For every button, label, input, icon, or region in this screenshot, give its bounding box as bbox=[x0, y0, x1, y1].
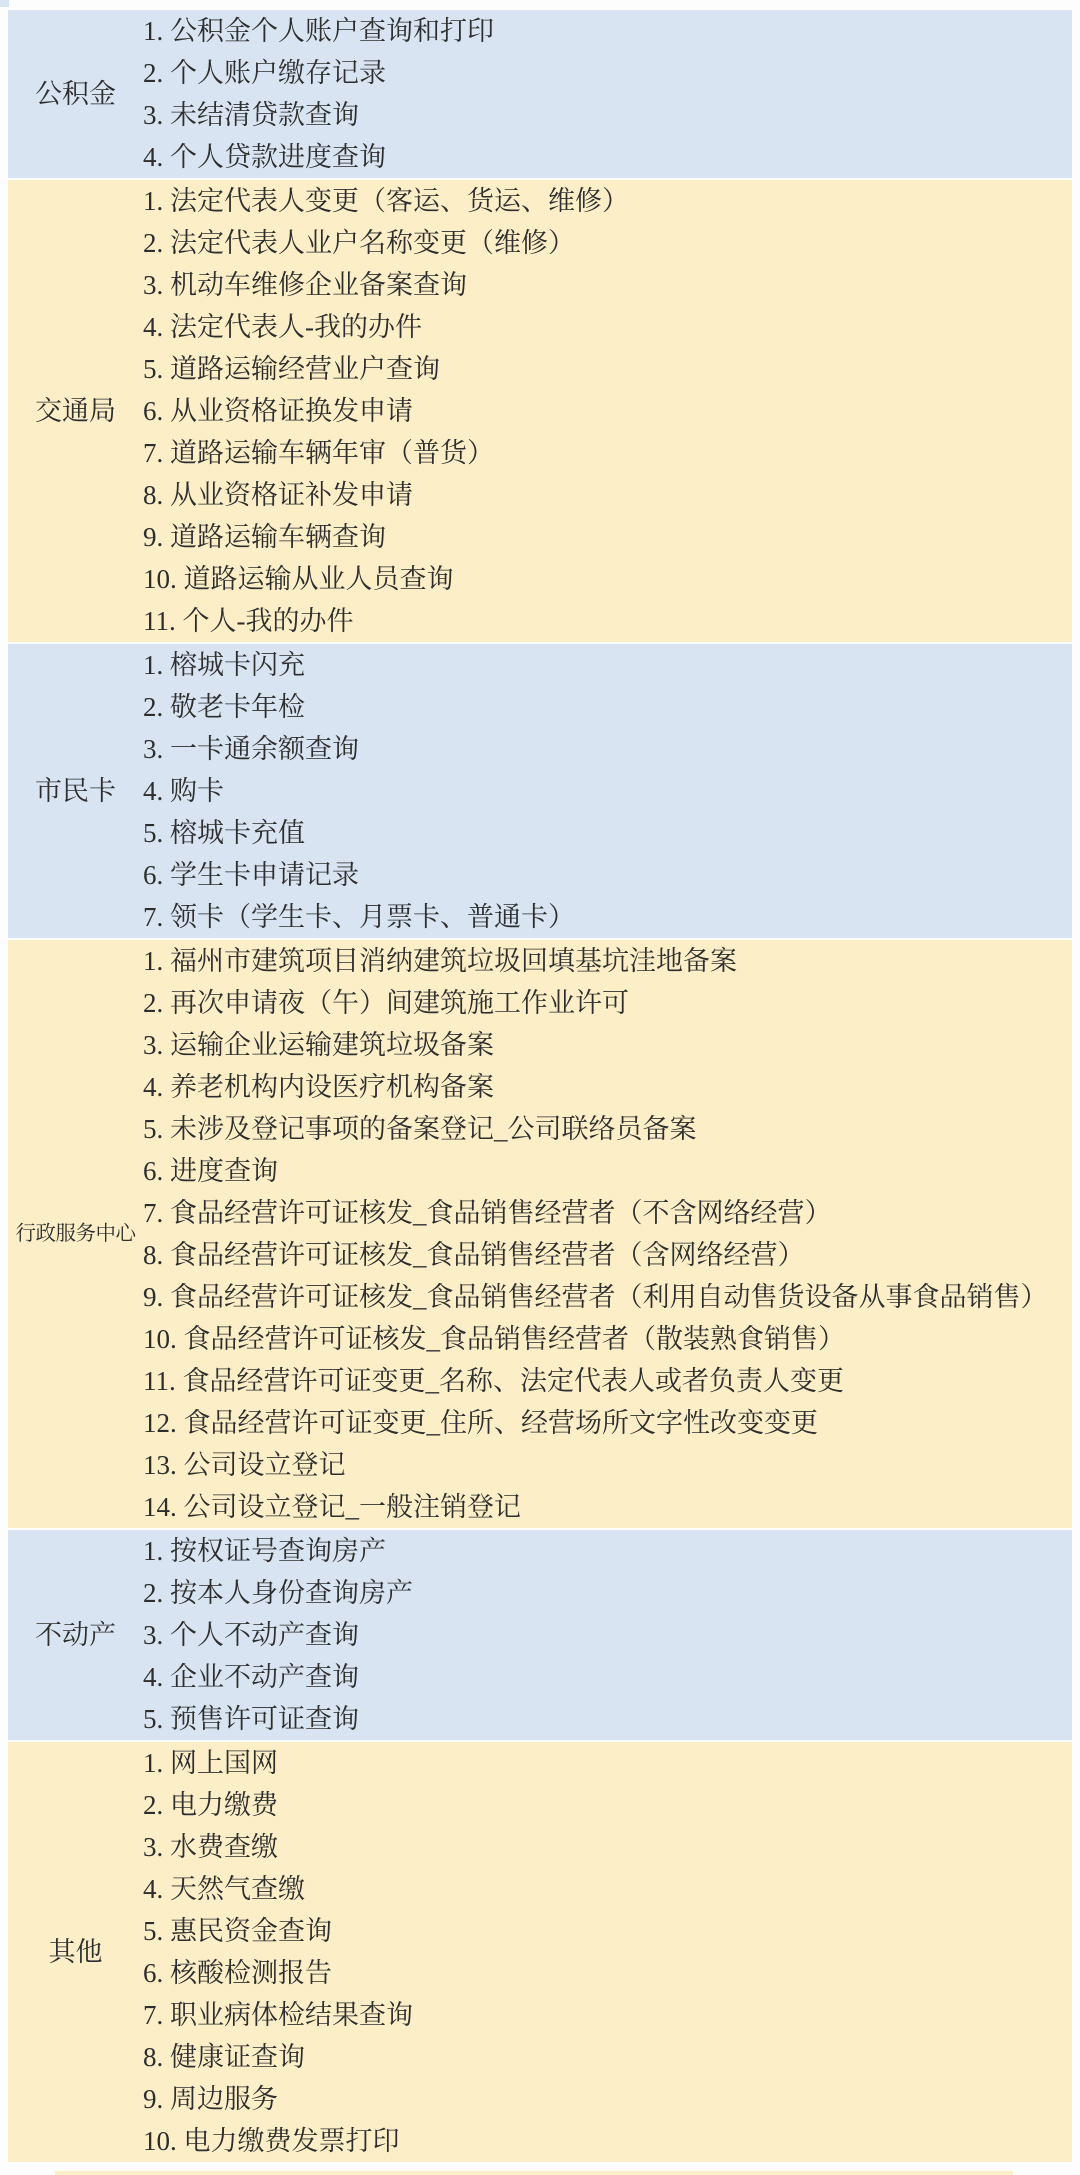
service-item: 7. 职业病体检结果查询 bbox=[143, 1994, 1072, 2036]
services-table-screenshot: 公积金 1. 公积金个人账户查询和打印2. 个人账户缴存记录3. 未结清贷款查询… bbox=[0, 0, 1080, 2175]
service-item-list: 1. 按权证号查询房产2. 按本人身份查询房产3. 个人不动产查询4. 企业不动… bbox=[143, 1530, 1072, 1740]
service-item: 2. 电力缴费 bbox=[143, 1784, 1072, 1826]
service-item: 11. 个人-我的办件 bbox=[143, 600, 1072, 642]
service-item: 9. 周边服务 bbox=[143, 2078, 1072, 2120]
service-item: 10. 道路运输从业人员查询 bbox=[143, 558, 1072, 600]
services-table: 公积金 1. 公积金个人账户查询和打印2. 个人账户缴存记录3. 未结清贷款查询… bbox=[8, 10, 1072, 2164]
service-item: 4. 养老机构内设医疗机构备案 bbox=[143, 1066, 1072, 1108]
service-item: 14. 公司设立登记_一般注销登记 bbox=[143, 1486, 1072, 1528]
section-qita: 其他 1. 网上国网2. 电力缴费3. 水费查缴4. 天然气查缴5. 惠民资金查… bbox=[8, 1742, 1072, 2162]
service-item-list: 1. 公积金个人账户查询和打印2. 个人账户缴存记录3. 未结清贷款查询4. 个… bbox=[143, 10, 1072, 178]
service-item: 3. 水费查缴 bbox=[143, 1826, 1072, 1868]
service-item: 1. 网上国网 bbox=[143, 1742, 1072, 1784]
service-item: 7. 道路运输车辆年审（普货） bbox=[143, 432, 1072, 474]
category-label: 行政服务中心 bbox=[8, 940, 143, 1528]
service-item: 4. 法定代表人-我的办件 bbox=[143, 306, 1072, 348]
service-item: 5. 榕城卡充值 bbox=[143, 812, 1072, 854]
service-item: 8. 从业资格证补发申请 bbox=[143, 474, 1072, 516]
category-label: 市民卡 bbox=[8, 644, 143, 938]
service-item: 3. 运输企业运输建筑垃圾备案 bbox=[143, 1024, 1072, 1066]
section-shiminka: 市民卡 1. 榕城卡闪充2. 敬老卡年检3. 一卡通余额查询4. 购卡5. 榕城… bbox=[8, 644, 1072, 938]
service-item: 1. 榕城卡闪充 bbox=[143, 644, 1072, 686]
service-item: 9. 道路运输车辆查询 bbox=[143, 516, 1072, 558]
section-jiaotongju: 交通局 1. 法定代表人变更（客运、货运、维修）2. 法定代表人业户名称变更（维… bbox=[8, 180, 1072, 642]
section-gongjijin: 公积金 1. 公积金个人账户查询和打印2. 个人账户缴存记录3. 未结清贷款查询… bbox=[8, 10, 1072, 178]
service-item-list: 1. 网上国网2. 电力缴费3. 水费查缴4. 天然气查缴5. 惠民资金查询6.… bbox=[143, 1742, 1072, 2162]
category-label: 不动产 bbox=[8, 1530, 143, 1740]
service-item: 2. 按本人身份查询房产 bbox=[143, 1572, 1072, 1614]
service-item: 6. 核酸检测报告 bbox=[143, 1952, 1072, 1994]
service-item: 5. 道路运输经营业户查询 bbox=[143, 348, 1072, 390]
section-xingzheng-fuwu-zhongxin: 行政服务中心 1. 福州市建筑项目消纳建筑垃圾回填基坑洼地备案2. 再次申请夜（… bbox=[8, 940, 1072, 1528]
service-item: 3. 未结清贷款查询 bbox=[143, 94, 1072, 136]
service-item: 4. 个人贷款进度查询 bbox=[143, 136, 1072, 178]
service-item: 1. 按权证号查询房产 bbox=[143, 1530, 1072, 1572]
service-item: 3. 机动车维修企业备案查询 bbox=[143, 264, 1072, 306]
service-item: 11. 食品经营许可证变更_名称、法定代表人或者负责人变更 bbox=[143, 1360, 1072, 1402]
service-item: 5. 预售许可证查询 bbox=[143, 1698, 1072, 1740]
category-label: 其他 bbox=[8, 1742, 143, 2162]
service-item: 12. 食品经营许可证变更_住所、经营场所文字性改变变更 bbox=[143, 1402, 1072, 1444]
service-item: 13. 公司设立登记 bbox=[143, 1444, 1072, 1486]
service-item: 7. 领卡（学生卡、月票卡、普通卡） bbox=[143, 896, 1072, 938]
service-item: 8. 食品经营许可证核发_食品销售经营者（含网络经营） bbox=[143, 1234, 1072, 1276]
service-item: 10. 食品经营许可证核发_食品销售经营者（散装熟食销售） bbox=[143, 1318, 1072, 1360]
service-item: 9. 食品经营许可证核发_食品销售经营者（利用自动售货设备从事食品销售） bbox=[143, 1276, 1072, 1318]
service-item: 6. 进度查询 bbox=[143, 1150, 1072, 1192]
category-label: 公积金 bbox=[8, 10, 143, 178]
service-item: 5. 未涉及登记事项的备案登记_公司联络员备案 bbox=[143, 1108, 1072, 1150]
category-label: 交通局 bbox=[8, 180, 143, 642]
service-item: 2. 法定代表人业户名称变更（维修） bbox=[143, 222, 1072, 264]
service-item-list: 1. 榕城卡闪充2. 敬老卡年检3. 一卡通余额查询4. 购卡5. 榕城卡充值6… bbox=[143, 644, 1072, 938]
bottom-cropped-row-fragment bbox=[55, 2171, 1013, 2175]
service-item: 3. 一卡通余额查询 bbox=[143, 728, 1072, 770]
service-item: 1. 福州市建筑项目消纳建筑垃圾回填基坑洼地备案 bbox=[143, 940, 1072, 982]
service-item: 5. 惠民资金查询 bbox=[143, 1910, 1072, 1952]
service-item: 2. 个人账户缴存记录 bbox=[143, 52, 1072, 94]
top-left-crop-fragment bbox=[0, 0, 9, 7]
service-item: 6. 从业资格证换发申请 bbox=[143, 390, 1072, 432]
service-item: 3. 个人不动产查询 bbox=[143, 1614, 1072, 1656]
service-item: 4. 企业不动产查询 bbox=[143, 1656, 1072, 1698]
service-item: 4. 天然气查缴 bbox=[143, 1868, 1072, 1910]
service-item: 4. 购卡 bbox=[143, 770, 1072, 812]
section-budongchan: 不动产 1. 按权证号查询房产2. 按本人身份查询房产3. 个人不动产查询4. … bbox=[8, 1530, 1072, 1740]
service-item-list: 1. 福州市建筑项目消纳建筑垃圾回填基坑洼地备案2. 再次申请夜（午）间建筑施工… bbox=[143, 940, 1072, 1528]
service-item: 8. 健康证查询 bbox=[143, 2036, 1072, 2078]
service-item: 7. 食品经营许可证核发_食品销售经营者（不含网络经营） bbox=[143, 1192, 1072, 1234]
service-item: 6. 学生卡申请记录 bbox=[143, 854, 1072, 896]
service-item: 1. 法定代表人变更（客运、货运、维修） bbox=[143, 180, 1072, 222]
service-item: 10. 电力缴费发票打印 bbox=[143, 2120, 1072, 2162]
service-item: 1. 公积金个人账户查询和打印 bbox=[143, 10, 1072, 52]
service-item: 2. 再次申请夜（午）间建筑施工作业许可 bbox=[143, 982, 1072, 1024]
service-item-list: 1. 法定代表人变更（客运、货运、维修）2. 法定代表人业户名称变更（维修）3.… bbox=[143, 180, 1072, 642]
service-item: 2. 敬老卡年检 bbox=[143, 686, 1072, 728]
